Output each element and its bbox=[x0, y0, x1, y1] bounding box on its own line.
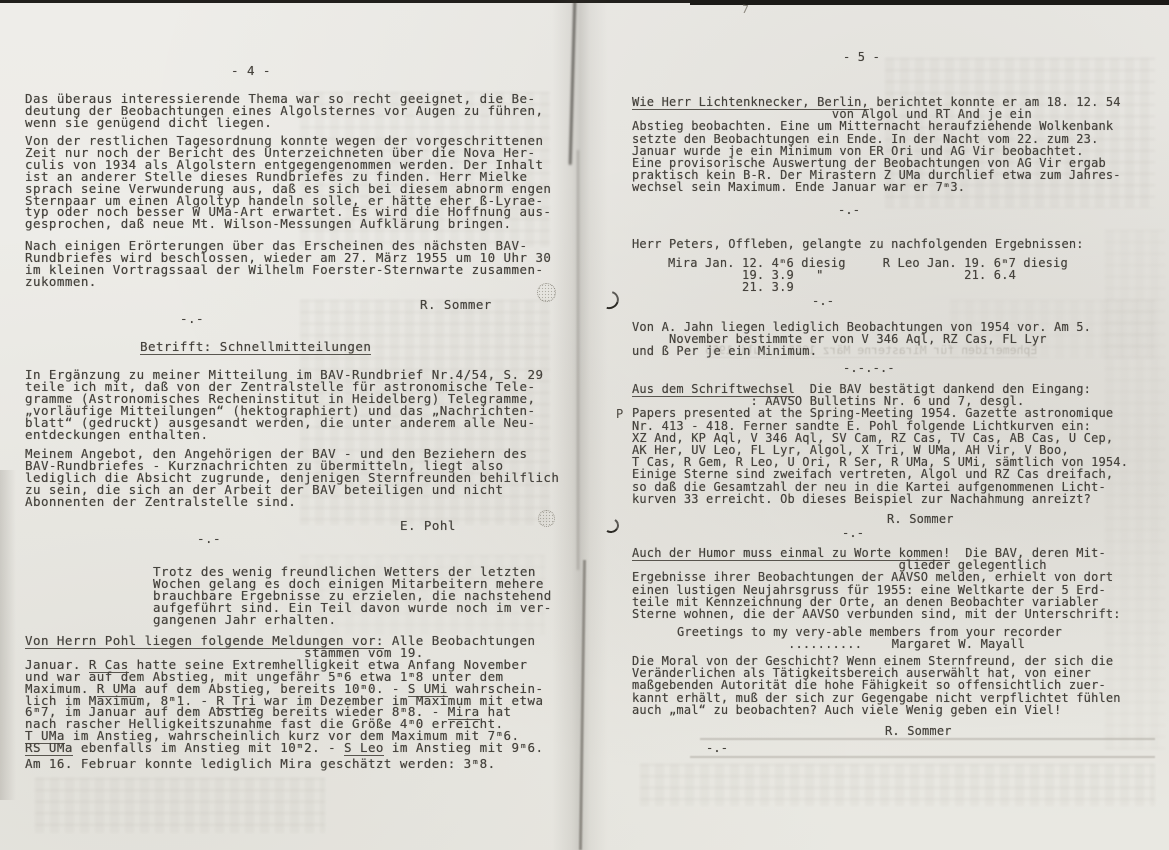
text-line: auch „mal“ zu beobachten? Auch viele Wen… bbox=[632, 704, 1121, 716]
page-number-right: - 5 - bbox=[843, 50, 880, 64]
signature-sommer: R. Sommer bbox=[887, 512, 954, 526]
embossed-stamp bbox=[538, 510, 555, 527]
text-line: Betrifft: Schnellmitteilungen bbox=[140, 341, 371, 353]
paragraph-lichtenknecker: Wie Herr Lichtenknecker, Berlin, bericht… bbox=[632, 96, 1121, 194]
text-line: im kleinen Vortragssaal der Wilhelm Foer… bbox=[25, 264, 551, 276]
handwritten-corner-mark: 7 bbox=[742, 3, 750, 16]
paragraph-ergaenzung: In Ergänzung zu meiner Mitteilung im BAV… bbox=[25, 369, 543, 440]
separator: -.- bbox=[197, 531, 221, 546]
observation-table: Mira Jan. 12. 4ᵐ6 diesig R Leo Jan. 19. … bbox=[668, 257, 1068, 294]
text-line: .......... Margaret W. Mayall bbox=[677, 638, 1062, 650]
text-line: Herr Peters, Offleben, gelangte zu nachf… bbox=[632, 238, 1084, 250]
signature-sommer: R. Sommer bbox=[420, 297, 492, 312]
fold-crease-mid bbox=[577, 150, 579, 570]
scanner-edge-dark bbox=[690, 0, 1169, 5]
signature-sommer: R. Sommer bbox=[885, 724, 952, 738]
text-line: entdeckungen enthalten. bbox=[25, 429, 543, 441]
separator: -.- bbox=[812, 294, 834, 308]
separator: -.- bbox=[842, 526, 864, 540]
paragraph-pohl-meldungen: Von Herrn Pohl liegen folgende Meldungen… bbox=[25, 635, 543, 754]
separator: -.- bbox=[180, 311, 204, 326]
separator: -.-.-.- bbox=[843, 361, 895, 375]
paragraph-intro: Das überaus interessierende Thema war so… bbox=[25, 93, 543, 129]
text-line: gesprochen, daß neue Mt. Wilson-Messunge… bbox=[25, 218, 551, 230]
text-line: wechsel sein Maximum. Ende Januar war er… bbox=[632, 181, 1121, 193]
paragraph-peters: Herr Peters, Offleben, gelangte zu nachf… bbox=[632, 238, 1084, 250]
text-line: kurven 33 erreicht. Ob dieses Beispiel z… bbox=[632, 493, 1128, 505]
separator: -.- bbox=[838, 203, 860, 217]
text-line: Abonnenten der Zentralstelle sind. bbox=[25, 496, 559, 508]
text-line: RS UMa ebenfalls im Anstieg mit 10ᵐ2. - … bbox=[25, 742, 543, 754]
text-line: und ß Per je ein Minimum. bbox=[632, 345, 1091, 357]
paragraph-schriftwechsel: Aus dem Schriftwechsel Die BAV bestätigt… bbox=[632, 383, 1128, 505]
paragraph-februar: Am 16. Februar konnte lediglich Mira ges… bbox=[25, 758, 496, 770]
separator: -.- bbox=[706, 741, 728, 755]
text-line: zukommen. bbox=[25, 276, 551, 288]
page-edge-shadow bbox=[0, 470, 16, 800]
paragraph-greeting-mayall: Greetings to my very-able members from y… bbox=[677, 626, 1062, 650]
bleed-through-rule bbox=[700, 738, 1155, 740]
scanned-document: { "scan": { "corner_mark": "7", "margin_… bbox=[0, 0, 1169, 850]
margin-annotation: P bbox=[616, 407, 623, 421]
text-line: Sterne wohnen, die der AAVSO verbunden s… bbox=[632, 608, 1121, 620]
text-line: wenn sie genügend dicht liegen. bbox=[25, 117, 543, 129]
heading-schnellmitteilungen: Betrifft: Schnellmitteilungen bbox=[140, 341, 371, 353]
signature-pohl: E. Pohl bbox=[400, 518, 456, 533]
page-number-left: - 4 - bbox=[231, 63, 271, 78]
text-line: gangenen Jahr erhalten. bbox=[153, 614, 552, 626]
paragraph-jahn: Von A. Jahn liegen lediglich Beobachtung… bbox=[632, 321, 1091, 358]
paragraph-angebot: Meinem Angebot, den Angehörigen der BAV … bbox=[25, 448, 559, 508]
bleed-through-rule bbox=[690, 756, 1155, 758]
paragraph-moral: Die Moral von der Geschicht? Wenn einem … bbox=[632, 655, 1121, 716]
paragraph-humor: Auch der Humor muss einmal zu Worte komm… bbox=[632, 547, 1121, 620]
text-line: Am 16. Februar konnte lediglich Mira ges… bbox=[25, 758, 496, 770]
paragraph-wetter: Trotz des wenig freundlichen Wetters der… bbox=[153, 566, 552, 626]
text-line: 21. 3.9 bbox=[668, 281, 1068, 293]
paragraph-agenda-nova-herculis: Von der restlichen Tagesordnung konnte w… bbox=[25, 135, 551, 230]
paragraph-next-meeting: Nach einigen Erörterungen über das Ersch… bbox=[25, 240, 551, 288]
